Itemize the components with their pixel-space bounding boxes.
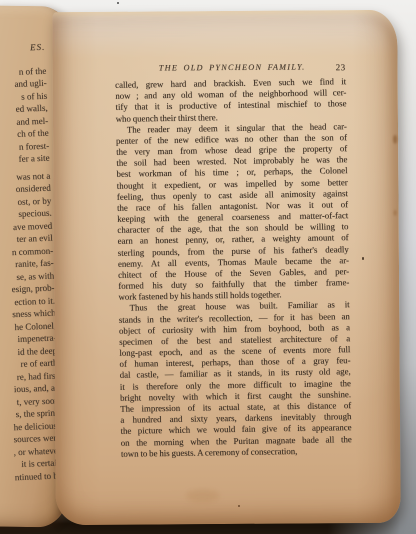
body-text: called, grew hard and brackish. Even suc… bbox=[115, 76, 352, 459]
running-header-title: THE OLD PYNCHEON FAMILY. bbox=[117, 62, 348, 73]
ink-speck bbox=[362, 257, 364, 260]
foxing-stain bbox=[186, 489, 220, 502]
page-edge-stain bbox=[394, 210, 397, 216]
page-number: 23 bbox=[336, 62, 346, 72]
page-header-row: THE OLD PYNCHEON FAMILY. 23 bbox=[117, 62, 348, 76]
left-page-running-header: ES. bbox=[0, 41, 46, 56]
text-line: fer a site bbox=[0, 152, 50, 167]
right-page: THE OLD PYNCHEON FAMILY. 23 called, grew… bbox=[52, 10, 401, 525]
foxing-stain bbox=[304, 310, 324, 320]
dust-speck bbox=[117, 2, 119, 4]
book-photo: ES. n of theand ugli-s of hised walls,an… bbox=[0, 0, 416, 534]
dust-speck bbox=[238, 505, 240, 507]
text-line: ntinued to be bbox=[0, 469, 62, 484]
page-edge-stain bbox=[393, 135, 397, 144]
